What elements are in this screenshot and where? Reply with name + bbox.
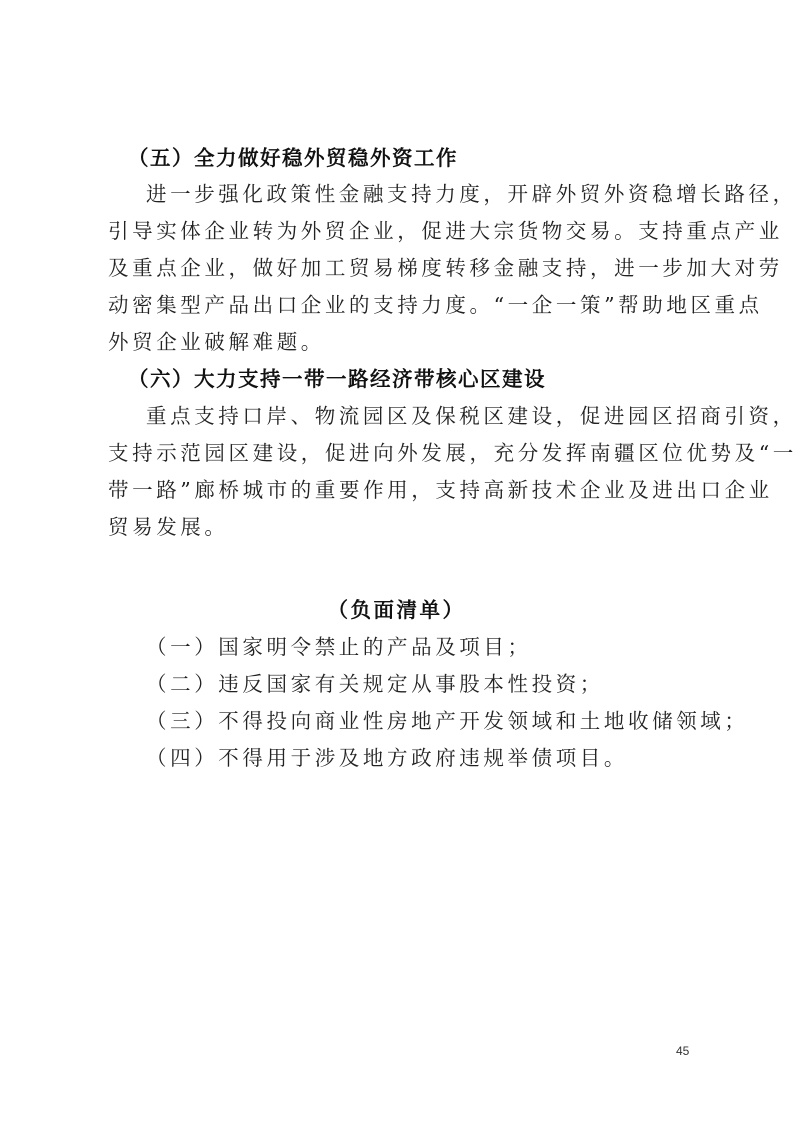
negative-list-title: （负面清单）	[0, 596, 793, 624]
section-5-paragraph-line: 及重点企业，做好加工贸易梯度转移金融支持，进一步加大对劳	[108, 254, 693, 282]
section-5-paragraph-line: 进一步强化政策性金融支持力度，开辟外贸外资稳增长路径，	[146, 180, 731, 208]
negative-list-item: （二）违反国家有关规定从事股本性投资；	[146, 670, 604, 698]
negative-list-item: （四）不得用于涉及地方政府违规举债项目。	[146, 744, 628, 772]
section-5-heading: （五）全力做好稳外贸稳外资工作	[128, 144, 713, 172]
section-5-paragraph-line: 外贸企业破解难题。	[108, 328, 693, 356]
section-5-paragraph-line: 引导实体企业转为外贸企业，促进大宗货物交易。支持重点产业	[108, 217, 693, 245]
section-6-paragraph-line: 支持示范园区建设，促进向外发展，充分发挥南疆区位优势及“一	[108, 439, 693, 467]
negative-list-item: （三）不得投向商业性房地产开发领域和土地收储领域；	[146, 707, 749, 735]
document-page: （五）全力做好稳外贸稳外资工作 进一步强化政策性金融支持力度，开辟外贸外资稳增长…	[0, 0, 793, 1122]
section-5-paragraph-line: 动密集型产品出口企业的支持力度。“一企一策”帮助地区重点	[108, 291, 693, 319]
page-number: 45	[676, 1044, 689, 1058]
section-6-heading: （六）大力支持一带一路经济带核心区建设	[128, 365, 713, 393]
section-6-paragraph-line: 带一路”廊桥城市的重要作用，支持高新技术企业及进出口企业	[108, 476, 693, 504]
negative-list-item: （一）国家明令禁止的产品及项目；	[146, 633, 532, 661]
section-6-paragraph-line: 贸易发展。	[108, 513, 693, 541]
section-6-paragraph-line: 重点支持口岸、物流园区及保税区建设，促进园区招商引资，	[146, 402, 731, 430]
